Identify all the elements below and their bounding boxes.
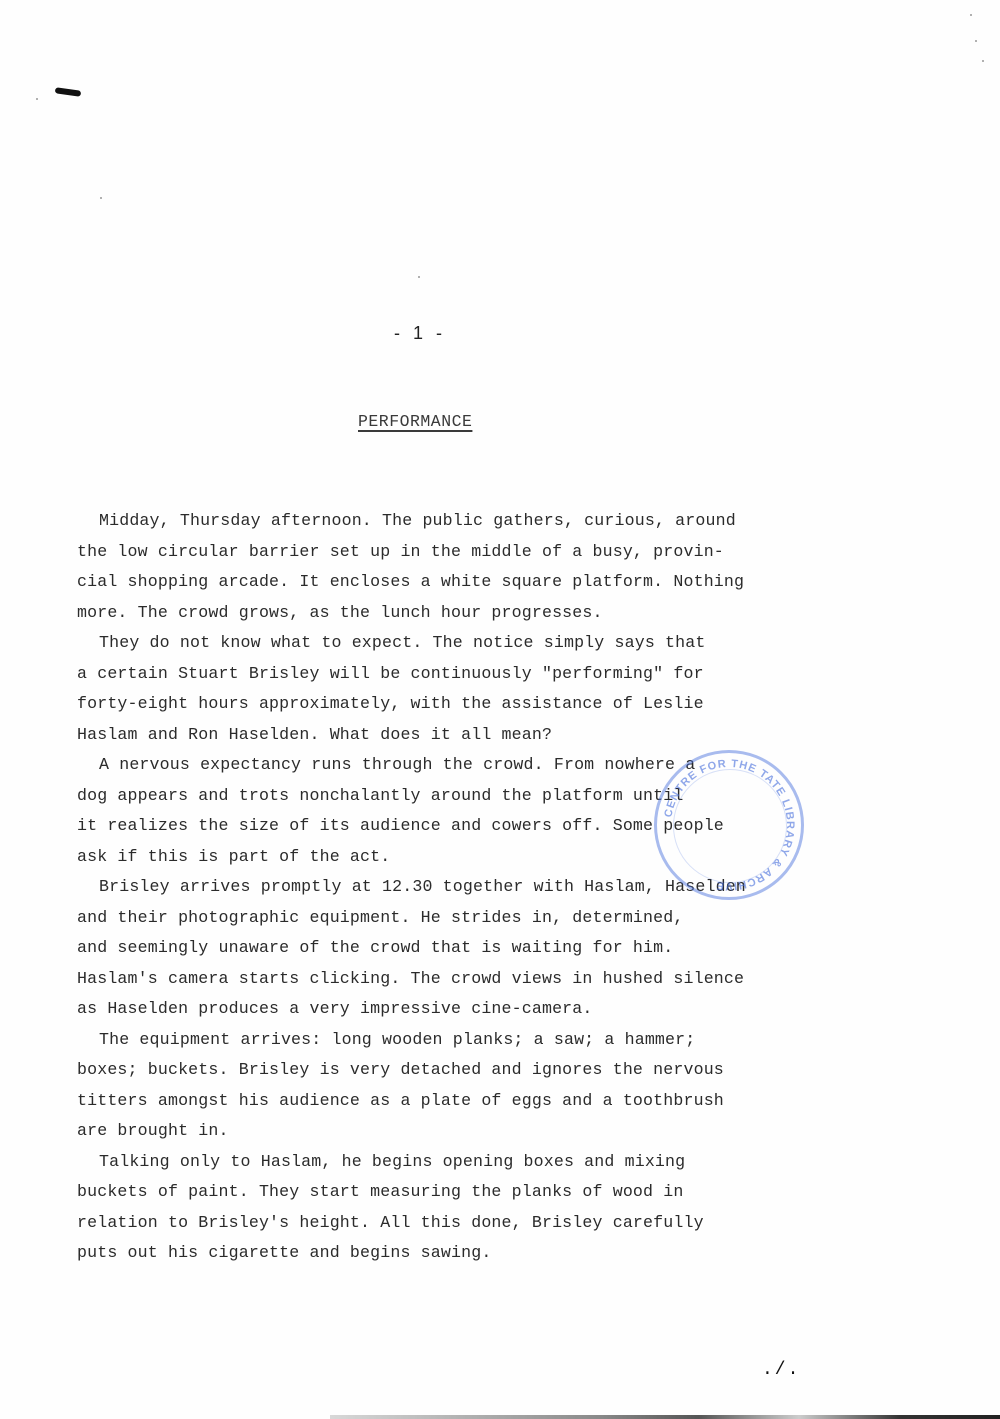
text-line: the low circular barrier set up in the m…: [77, 537, 837, 568]
text-line: and seemingly unaware of the crowd that …: [77, 933, 837, 964]
text-line: titters amongst his audience as a plate …: [77, 1086, 837, 1117]
text-line: Midday, Thursday afternoon. The public g…: [77, 506, 837, 537]
speckle: [36, 98, 38, 100]
svg-text:CENTRE FOR THE TATE LIBRARY &: CENTRE FOR THE TATE LIBRARY & ARCHIVE: [662, 758, 796, 892]
text-line: Haslam and Ron Haselden. What does it al…: [77, 720, 837, 751]
speckle: [418, 276, 420, 278]
text-line: relation to Brisley's height. All this d…: [77, 1208, 837, 1239]
text-line: puts out his cigarette and begins sawing…: [77, 1238, 837, 1269]
text-line: as Haselden produces a very impressive c…: [77, 994, 837, 1025]
stamp-text: CENTRE FOR THE TATE LIBRARY & ARCHIVE: [662, 758, 796, 892]
text-line: cial shopping arcade. It encloses a whit…: [77, 567, 837, 598]
speckle: [982, 60, 984, 62]
text-line: a certain Stuart Brisley will be continu…: [77, 659, 837, 690]
text-line: more. The crowd grows, as the lunch hour…: [77, 598, 837, 629]
archive-stamp: CENTRE FOR THE TATE LIBRARY & ARCHIVE: [654, 750, 804, 900]
speckle: [975, 40, 977, 42]
document-title: PERFORMANCE: [358, 412, 472, 431]
speckle: [100, 197, 102, 199]
page-number: - 1 -: [0, 323, 840, 344]
text-line: are brought in.: [77, 1116, 837, 1147]
text-line: boxes; buckets. Brisley is very detached…: [77, 1055, 837, 1086]
text-line: Haslam's camera starts clicking. The cro…: [77, 964, 837, 995]
stamp-text-ring: CENTRE FOR THE TATE LIBRARY & ARCHIVE: [654, 750, 804, 900]
document-page: - 1 - PERFORMANCE Midday, Thursday after…: [0, 0, 1000, 1419]
text-line: and their photographic equipment. He str…: [77, 903, 837, 934]
speckle: [970, 14, 972, 16]
text-line: forty-eight hours approximately, with th…: [77, 689, 837, 720]
scan-edge: [330, 1415, 1000, 1419]
text-line: They do not know what to expect. The not…: [77, 628, 837, 659]
ink-smudge: [55, 87, 82, 97]
text-line: buckets of paint. They start measuring t…: [77, 1177, 837, 1208]
continuation-mark: ./.: [762, 1360, 800, 1380]
text-line: Talking only to Haslam, he begins openin…: [77, 1147, 837, 1178]
text-line: The equipment arrives: long wooden plank…: [77, 1025, 837, 1056]
